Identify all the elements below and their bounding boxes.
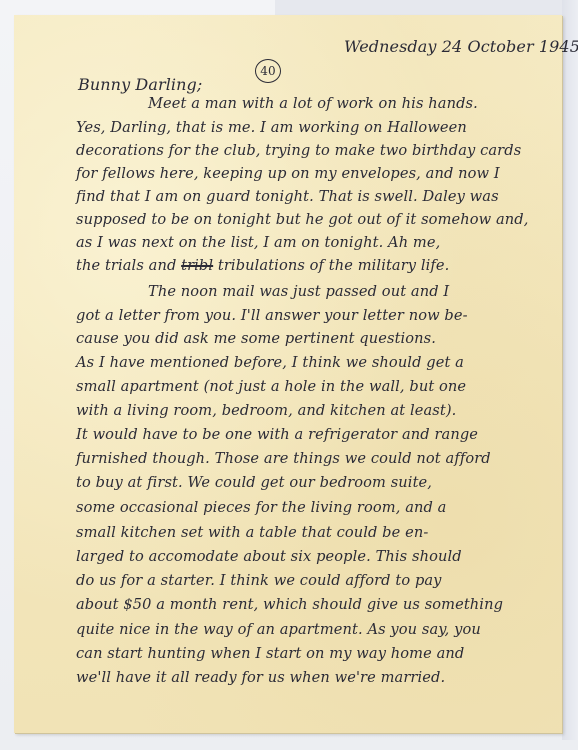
letter-line: about $50 a month rent, which should giv…	[76, 596, 503, 613]
letter-line: some occasional pieces for the living ro…	[76, 499, 446, 516]
letter-line: The noon mail was just passed out and I	[148, 283, 449, 300]
line-text-before: the trials and	[76, 257, 181, 274]
letter-line: do us for a starter. I think we could af…	[76, 572, 442, 589]
letter-date: Wednesday 24 October 1945	[344, 37, 578, 56]
letter-line: for fellows here, keeping up on my envel…	[76, 165, 500, 182]
letter-line: Meet a man with a lot of work on his han…	[148, 95, 478, 112]
struck-word: tribl	[181, 257, 213, 274]
letter-line: as I was next on the list, I am on tonig…	[76, 234, 440, 251]
letter-line: It would have to be one with a refrigera…	[76, 426, 478, 443]
letter-line: quite nice in the way of an apartment. A…	[76, 621, 481, 638]
letter-line: find that I am on guard tonight. That is…	[76, 188, 499, 205]
letter-line: supposed to be on tonight but he got out…	[76, 211, 528, 228]
scanned-page: Wednesday 24 October 1945 40 Bunny Darli…	[0, 0, 578, 750]
letter-line: with a living room, bedroom, and kitchen…	[76, 402, 456, 419]
letter-line: small kitchen set with a table that coul…	[76, 524, 428, 541]
letter-line: to buy at first. We could get our bedroo…	[76, 474, 432, 491]
letter-line: cause you did ask me some pertinent ques…	[76, 330, 436, 347]
letter-line: decorations for the club, trying to make…	[76, 142, 521, 159]
letter-salutation: Bunny Darling;	[78, 75, 202, 94]
letter-line: larged to accomodate about six people. T…	[76, 548, 462, 565]
letter-line: Yes, Darling, that is me. I am working o…	[76, 119, 467, 136]
scan-backdrop-top	[275, 0, 578, 15]
scan-backdrop-right	[562, 0, 578, 740]
letter-line-with-strikethrough: the trials and tribl tribulations of the…	[76, 257, 449, 274]
letter-line: got a letter from you. I'll answer your …	[76, 307, 468, 324]
letter-line: we'll have it all ready for us when we'r…	[76, 669, 445, 686]
letter-line: small apartment (not just a hole in the …	[76, 378, 466, 395]
letter-line: As I have mentioned before, I think we s…	[76, 354, 464, 371]
letter-line: furnished though. Those are things we co…	[76, 450, 491, 467]
line-text-after: tribulations of the military life.	[213, 257, 449, 274]
letter-line: can start hunting when I start on my way…	[76, 645, 464, 662]
letter-paper: Wednesday 24 October 1945 40 Bunny Darli…	[14, 15, 562, 733]
page-number-circled: 40	[255, 59, 281, 83]
